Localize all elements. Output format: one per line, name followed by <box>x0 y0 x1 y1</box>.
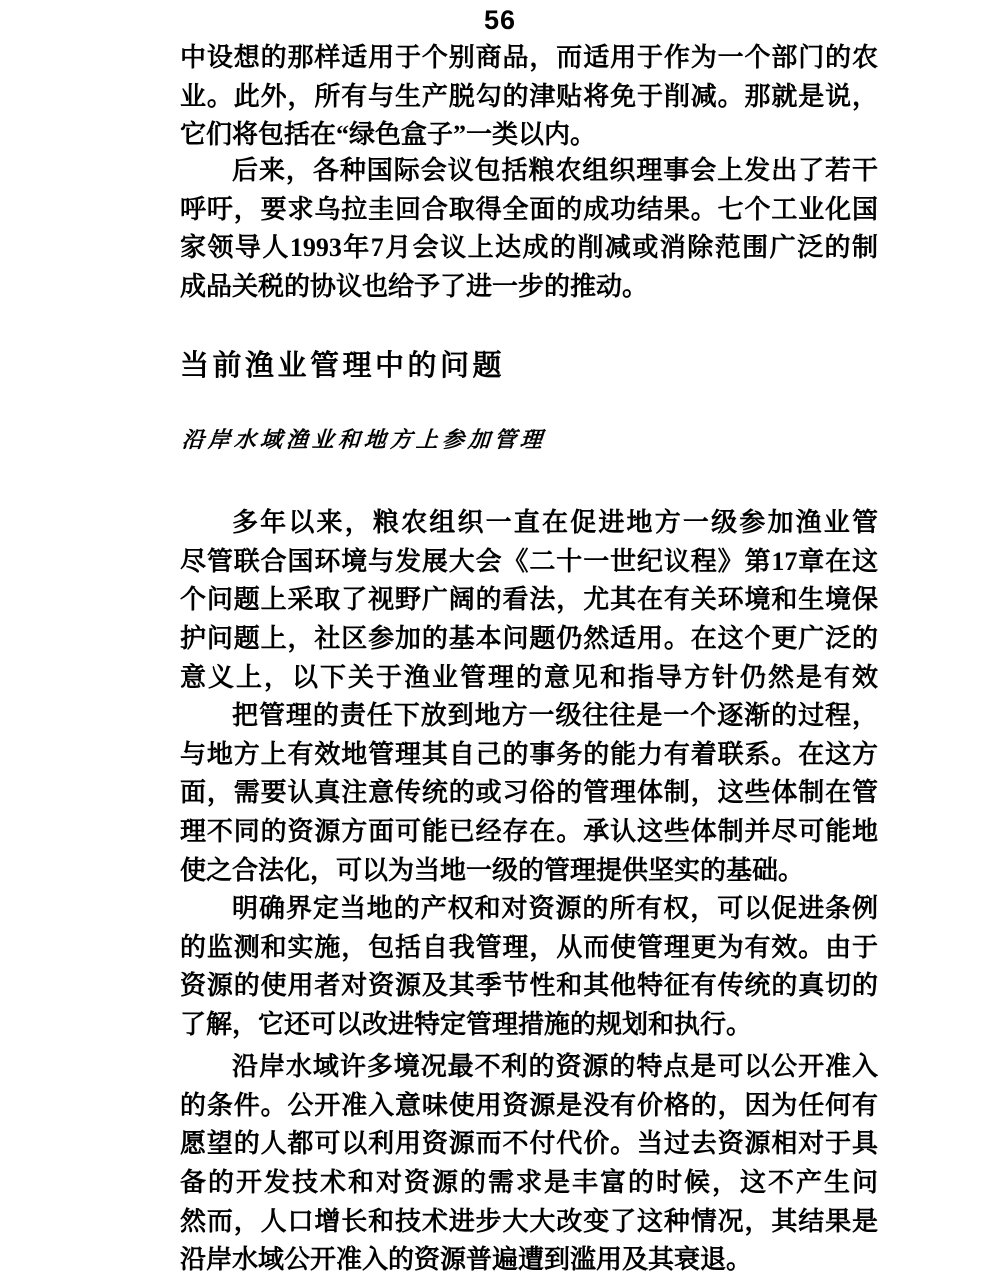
document-page: 56 中设想的那样适用于个别商品，而适用于作为一个部门的农 业。此外，所有与生产… <box>0 0 1000 1286</box>
text-line: 然而，人口增长和技术进步大大改变了这种情况，其结果是 <box>180 1203 878 1242</box>
text-line: 意义上，以下关于渔业管理的意见和指导方针仍然是有效的。 <box>180 659 878 698</box>
text-line: 业。此外，所有与生产脱勾的津贴将免于削减。那就是说， <box>180 78 878 117</box>
text-line: 呼吁，要求乌拉圭回合取得全面的成功结果。七个工业化国 <box>180 191 878 230</box>
text-line: 资源的使用者对资源及其季节性和其他特征有传统的真切的 <box>180 967 878 1006</box>
paragraph: 沿岸水域许多境况最不利的资源的特点是可以公开准入 的条件。公开准入意味使用资源是… <box>180 1048 878 1280</box>
text-line: 理不同的资源方面可能已经存在。承认这些体制并尽可能地 <box>180 813 878 852</box>
text-line: 的监测和实施，包括自我管理，从而使管理更为有效。由于 <box>180 929 878 968</box>
text-line: 了解，它还可以改进特定管理措施的规划和执行。 <box>180 1006 878 1045</box>
text-line: 沿岸水域许多境况最不利的资源的特点是可以公开准入 <box>180 1048 878 1087</box>
text-line: 面，需要认真注意传统的或习俗的管理体制，这些体制在管 <box>180 774 878 813</box>
text-line: 中设想的那样适用于个别商品，而适用于作为一个部门的农 <box>180 39 878 78</box>
text-line: 愿望的人都可以利用资源而不付代价。当过去资源相对于具 <box>180 1125 878 1164</box>
text-line: 使之合法化，可以为当地一级的管理提供坚实的基础。 <box>180 852 878 891</box>
text-line: 成品关税的协议也给予了进一步的推动。 <box>180 268 878 307</box>
text-line: 与地方上有效地管理其自己的事务的能力有着联系。在这方 <box>180 736 878 775</box>
text-line: 它们将包括在“绿色盒子”一类以内。 <box>180 116 878 155</box>
text-line: 护问题上，社区参加的基本问题仍然适用。在这个更广泛的 <box>180 620 878 659</box>
section-subheading: 沿岸水域渔业和地方上参加管理 <box>181 425 547 455</box>
text-line: 的条件。公开准入意味使用资源是没有价格的，因为任何有 <box>180 1087 878 1126</box>
section-heading: 当前渔业管理中的问题 <box>180 347 505 385</box>
text-line: 个问题上采取了视野广阔的看法，尤其在有关环境和生境保 <box>180 581 878 620</box>
text-line: 把管理的责任下放到地方一级往往是一个逐渐的过程， <box>180 697 878 736</box>
paragraph: 明确界定当地的产权和对资源的所有权，可以促进条例 的监测和实施，包括自我管理，从… <box>180 890 878 1045</box>
text-line: 尽管联合国环境与发展大会《二十一世纪议程》第17章在这 <box>180 543 878 582</box>
text-line: 明确界定当地的产权和对资源的所有权，可以促进条例 <box>180 890 878 929</box>
paragraph: 多年以来，粮农组织一直在促进地方一级参加渔业管理。 尽管联合国环境与发展大会《二… <box>180 504 878 697</box>
paragraph: 中设想的那样适用于个别商品，而适用于作为一个部门的农 业。此外，所有与生产脱勾的… <box>180 39 878 155</box>
paragraph: 后来，各种国际会议包括粮农组织理事会上发出了若干 呼吁，要求乌拉圭回合取得全面的… <box>180 152 878 307</box>
text-line: 家领导人1993年7月会议上达成的削减或消除范围广泛的制 <box>180 229 878 268</box>
text-line: 备的开发技术和对资源的需求是丰富的时候，这不产生问题。 <box>180 1164 878 1203</box>
text-line: 后来，各种国际会议包括粮农组织理事会上发出了若干 <box>180 152 878 191</box>
paragraph: 把管理的责任下放到地方一级往往是一个逐渐的过程， 与地方上有效地管理其自己的事务… <box>180 697 878 890</box>
page-number: 56 <box>0 5 1000 36</box>
text-line: 沿岸水域公开准入的资源普遍遭到滥用及其衰退。 <box>180 1241 878 1280</box>
text-line: 多年以来，粮农组织一直在促进地方一级参加渔业管理。 <box>180 504 878 543</box>
